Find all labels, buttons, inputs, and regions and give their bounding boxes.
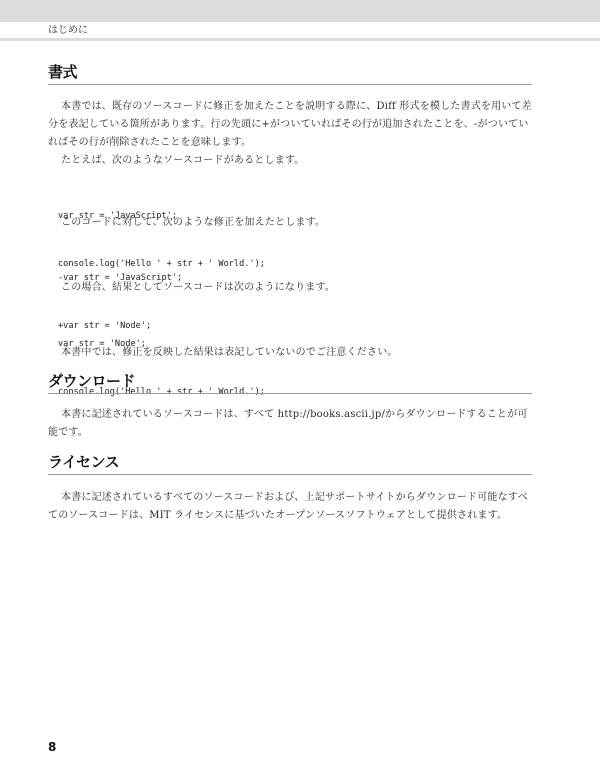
- header-rule: [0, 38, 600, 41]
- paragraph-modification-intro: このコードに対して、次のような修正を加えたとします。: [48, 214, 534, 232]
- header-band: [0, 0, 600, 22]
- running-head: はじめに: [48, 23, 88, 38]
- paragraph-example-intro: たとえば、次のようなソースコードがあるとします。: [48, 152, 534, 170]
- paragraph-result-intro: この場合、結果としてソースコードは次のようになります。: [48, 279, 534, 297]
- page-number: 8: [48, 740, 56, 754]
- paragraph-diff-explanation: 本書では、既存のソースコードに修正を加えたことを説明する際に、Diff 形式を模…: [48, 98, 534, 152]
- section-heading-download: ダウンロード: [48, 373, 532, 394]
- paragraph-download: 本書に記述されているソースコードは、すべて http://books.ascii…: [48, 406, 534, 442]
- section-heading-license: ライセンス: [48, 454, 532, 475]
- paragraph-note: 本書中では、修正を反映した結果は表記していないのでご注意ください。: [48, 344, 534, 362]
- section-heading-format: 書式: [48, 64, 532, 85]
- paragraph-license: 本書に記述されているすべてのソースコードおよび、上記サポートサイトからダウンロー…: [48, 489, 534, 525]
